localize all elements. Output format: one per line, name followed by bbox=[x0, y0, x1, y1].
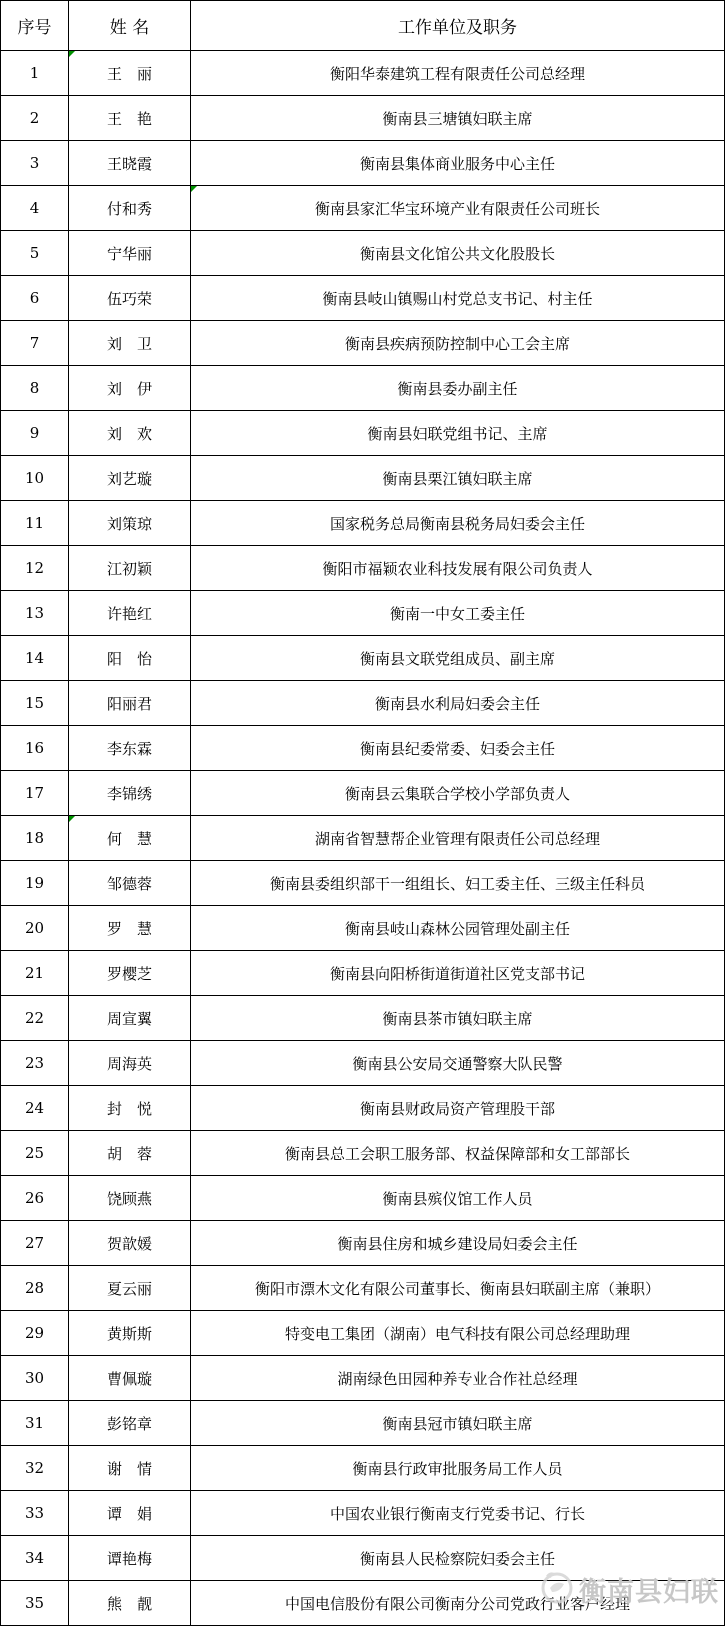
cell-name: 许艳红 bbox=[69, 591, 191, 636]
cell-name: 罗 慧 bbox=[69, 906, 191, 951]
table-row: 10刘艺璇衡南县栗江镇妇联主席 bbox=[1, 456, 725, 501]
cell-name: 周宣翼 bbox=[69, 996, 191, 1041]
cell-unit: 特变电工集团（湖南）电气科技有限公司总经理助理 bbox=[191, 1311, 725, 1356]
table-row: 30曹佩璇湖南绿色田园种养专业合作社总经理 bbox=[1, 1356, 725, 1401]
table-row: 31彭铭章衡南县冠市镇妇联主席 bbox=[1, 1401, 725, 1446]
table-row: 14阳 怡衡南县文联党组成员、副主席 bbox=[1, 636, 725, 681]
cell-unit: 国家税务总局衡南县税务局妇委会主任 bbox=[191, 501, 725, 546]
cell-index: 11 bbox=[1, 501, 69, 546]
cell-index: 29 bbox=[1, 1311, 69, 1356]
cell-index: 8 bbox=[1, 366, 69, 411]
cell-unit: 衡南县公安局交通警察大队民警 bbox=[191, 1041, 725, 1086]
table-row: 23周海英衡南县公安局交通警察大队民警 bbox=[1, 1041, 725, 1086]
table-row: 1王 丽衡阳华泰建筑工程有限责任公司总经理 bbox=[1, 51, 725, 96]
table-row: 27贺歆媛衡南县住房和城乡建设局妇委会主任 bbox=[1, 1221, 725, 1266]
cell-name: 封 悦 bbox=[69, 1086, 191, 1131]
cell-name: 饶顾燕 bbox=[69, 1176, 191, 1221]
cell-unit: 湖南省智慧帮企业管理有限责任公司总经理 bbox=[191, 816, 725, 861]
cell-unit: 衡南县家汇华宝环境产业有限责任公司班长 bbox=[191, 186, 725, 231]
cell-name: 阳丽君 bbox=[69, 681, 191, 726]
cell-index: 4 bbox=[1, 186, 69, 231]
cell-index: 3 bbox=[1, 141, 69, 186]
cell-name: 邹德蓉 bbox=[69, 861, 191, 906]
cell-unit: 衡南县水利局妇委会主任 bbox=[191, 681, 725, 726]
cell-index: 5 bbox=[1, 231, 69, 276]
cell-name: 付和秀 bbox=[69, 186, 191, 231]
table-row: 34谭艳梅衡南县人民检察院妇委会主任 bbox=[1, 1536, 725, 1581]
table-row: 8刘 伊衡南县委办副主任 bbox=[1, 366, 725, 411]
roster-table: 序号 姓 名 工作单位及职务 1王 丽衡阳华泰建筑工程有限责任公司总经理2王 艳… bbox=[0, 0, 725, 1626]
cell-index: 13 bbox=[1, 591, 69, 636]
table-row: 21罗樱芝衡南县向阳桥街道街道社区党支部书记 bbox=[1, 951, 725, 996]
cell-index: 1 bbox=[1, 51, 69, 96]
cell-name: 阳 怡 bbox=[69, 636, 191, 681]
cell-unit: 衡南县向阳桥街道街道社区党支部书记 bbox=[191, 951, 725, 996]
cell-unit: 衡南县文联党组成员、副主席 bbox=[191, 636, 725, 681]
cell-index: 28 bbox=[1, 1266, 69, 1311]
cell-unit: 衡南县疾病预防控制中心工会主席 bbox=[191, 321, 725, 366]
cell-flag-triangle-icon bbox=[191, 186, 197, 192]
cell-name: 王晓霞 bbox=[69, 141, 191, 186]
table-row: 17李锦绣衡南县云集联合学校小学部负责人 bbox=[1, 771, 725, 816]
cell-index: 19 bbox=[1, 861, 69, 906]
cell-name: 黄斯斯 bbox=[69, 1311, 191, 1356]
cell-index: 9 bbox=[1, 411, 69, 456]
table-header: 序号 姓 名 工作单位及职务 bbox=[1, 1, 725, 51]
cell-unit: 衡南县纪委常委、妇委会主任 bbox=[191, 726, 725, 771]
cell-name: 熊 靓 bbox=[69, 1581, 191, 1626]
cell-name: 何 慧 bbox=[69, 816, 191, 861]
cell-index: 22 bbox=[1, 996, 69, 1041]
table-row: 13许艳红衡南一中女工委主任 bbox=[1, 591, 725, 636]
cell-index: 16 bbox=[1, 726, 69, 771]
cell-name: 刘艺璇 bbox=[69, 456, 191, 501]
table-body: 1王 丽衡阳华泰建筑工程有限责任公司总经理2王 艳衡南县三塘镇妇联主席3王晓霞衡… bbox=[1, 51, 725, 1626]
cell-unit: 衡南县集体商业服务中心主任 bbox=[191, 141, 725, 186]
cell-unit: 衡南县总工会职工服务部、权益保障部和女工部部长 bbox=[191, 1131, 725, 1176]
table-row: 19邹德蓉衡南县委组织部干一组组长、妇工委主任、三级主任科员 bbox=[1, 861, 725, 906]
header-index: 序号 bbox=[1, 1, 69, 51]
header-row: 序号 姓 名 工作单位及职务 bbox=[1, 1, 725, 51]
cell-index: 25 bbox=[1, 1131, 69, 1176]
cell-name: 刘 卫 bbox=[69, 321, 191, 366]
cell-index: 14 bbox=[1, 636, 69, 681]
cell-name: 李东霖 bbox=[69, 726, 191, 771]
cell-name: 罗樱芝 bbox=[69, 951, 191, 996]
cell-index: 6 bbox=[1, 276, 69, 321]
cell-unit: 衡南县委组织部干一组组长、妇工委主任、三级主任科员 bbox=[191, 861, 725, 906]
cell-name: 王 丽 bbox=[69, 51, 191, 96]
cell-name: 彭铭章 bbox=[69, 1401, 191, 1446]
cell-name: 曹佩璇 bbox=[69, 1356, 191, 1401]
cell-index: 17 bbox=[1, 771, 69, 816]
header-unit: 工作单位及职务 bbox=[191, 1, 725, 51]
table-row: 32谢 情衡南县行政审批服务局工作人员 bbox=[1, 1446, 725, 1491]
cell-index: 24 bbox=[1, 1086, 69, 1131]
cell-name: 伍巧荣 bbox=[69, 276, 191, 321]
cell-name: 江初颖 bbox=[69, 546, 191, 591]
table-row: 20罗 慧衡南县岐山森林公园管理处副主任 bbox=[1, 906, 725, 951]
cell-name: 胡 蓉 bbox=[69, 1131, 191, 1176]
cell-index: 33 bbox=[1, 1491, 69, 1536]
cell-unit: 衡南县财政局资产管理股干部 bbox=[191, 1086, 725, 1131]
table-row: 26饶顾燕衡南县殡仪馆工作人员 bbox=[1, 1176, 725, 1221]
table-row: 24封 悦衡南县财政局资产管理股干部 bbox=[1, 1086, 725, 1131]
table-row: 16李东霖衡南县纪委常委、妇委会主任 bbox=[1, 726, 725, 771]
table-row: 6伍巧荣衡南县岐山镇赐山村党总支书记、村主任 bbox=[1, 276, 725, 321]
cell-unit: 衡南县岐山森林公园管理处副主任 bbox=[191, 906, 725, 951]
table-row: 29黄斯斯特变电工集团（湖南）电气科技有限公司总经理助理 bbox=[1, 1311, 725, 1356]
cell-unit: 衡南县岐山镇赐山村党总支书记、村主任 bbox=[191, 276, 725, 321]
cell-name: 贺歆媛 bbox=[69, 1221, 191, 1266]
table-row: 35熊 靓中国电信股份有限公司衡南分公司党政行业客户经理 bbox=[1, 1581, 725, 1626]
cell-unit: 衡南县殡仪馆工作人员 bbox=[191, 1176, 725, 1221]
cell-index: 21 bbox=[1, 951, 69, 996]
cell-index: 34 bbox=[1, 1536, 69, 1581]
table-row: 9刘 欢衡南县妇联党组书记、主席 bbox=[1, 411, 725, 456]
cell-name: 宁华丽 bbox=[69, 231, 191, 276]
cell-index: 30 bbox=[1, 1356, 69, 1401]
cell-index: 31 bbox=[1, 1401, 69, 1446]
cell-name: 谭艳梅 bbox=[69, 1536, 191, 1581]
cell-name: 刘策琼 bbox=[69, 501, 191, 546]
cell-index: 32 bbox=[1, 1446, 69, 1491]
cell-flag-triangle-icon bbox=[69, 816, 75, 822]
cell-unit: 衡南县妇联党组书记、主席 bbox=[191, 411, 725, 456]
cell-unit: 衡南县茶市镇妇联主席 bbox=[191, 996, 725, 1041]
table-row: 2王 艳衡南县三塘镇妇联主席 bbox=[1, 96, 725, 141]
cell-name: 谭 娟 bbox=[69, 1491, 191, 1536]
table-row: 3王晓霞衡南县集体商业服务中心主任 bbox=[1, 141, 725, 186]
cell-unit: 衡南县人民检察院妇委会主任 bbox=[191, 1536, 725, 1581]
table-row: 4付和秀衡南县家汇华宝环境产业有限责任公司班长 bbox=[1, 186, 725, 231]
cell-index: 12 bbox=[1, 546, 69, 591]
table-row: 12江初颖衡阳市福颖农业科技发展有限公司负责人 bbox=[1, 546, 725, 591]
table-row: 22周宣翼衡南县茶市镇妇联主席 bbox=[1, 996, 725, 1041]
cell-unit: 衡阳市漂木文化有限公司董事长、衡南县妇联副主席（兼职） bbox=[191, 1266, 725, 1311]
table-row: 7刘 卫衡南县疾病预防控制中心工会主席 bbox=[1, 321, 725, 366]
table-row: 28夏云丽衡阳市漂木文化有限公司董事长、衡南县妇联副主席（兼职） bbox=[1, 1266, 725, 1311]
cell-flag-triangle-icon bbox=[69, 51, 75, 57]
cell-unit: 衡南县三塘镇妇联主席 bbox=[191, 96, 725, 141]
cell-name: 李锦绣 bbox=[69, 771, 191, 816]
cell-index: 15 bbox=[1, 681, 69, 726]
cell-index: 10 bbox=[1, 456, 69, 501]
table-row: 25胡 蓉衡南县总工会职工服务部、权益保障部和女工部部长 bbox=[1, 1131, 725, 1176]
cell-index: 18 bbox=[1, 816, 69, 861]
cell-index: 2 bbox=[1, 96, 69, 141]
cell-unit: 中国电信股份有限公司衡南分公司党政行业客户经理 bbox=[191, 1581, 725, 1626]
cell-name: 周海英 bbox=[69, 1041, 191, 1086]
cell-index: 20 bbox=[1, 906, 69, 951]
cell-index: 26 bbox=[1, 1176, 69, 1221]
cell-unit: 衡南县委办副主任 bbox=[191, 366, 725, 411]
cell-name: 刘 伊 bbox=[69, 366, 191, 411]
cell-unit: 衡南县冠市镇妇联主席 bbox=[191, 1401, 725, 1446]
cell-name: 谢 情 bbox=[69, 1446, 191, 1491]
table-row: 5宁华丽衡南县文化馆公共文化股股长 bbox=[1, 231, 725, 276]
cell-name: 王 艳 bbox=[69, 96, 191, 141]
table-row: 15阳丽君衡南县水利局妇委会主任 bbox=[1, 681, 725, 726]
cell-index: 23 bbox=[1, 1041, 69, 1086]
header-name: 姓 名 bbox=[69, 1, 191, 51]
cell-unit: 衡南县栗江镇妇联主席 bbox=[191, 456, 725, 501]
cell-unit: 衡南县云集联合学校小学部负责人 bbox=[191, 771, 725, 816]
table-row: 18何 慧湖南省智慧帮企业管理有限责任公司总经理 bbox=[1, 816, 725, 861]
table-row: 33谭 娟中国农业银行衡南支行党委书记、行长 bbox=[1, 1491, 725, 1536]
cell-name: 夏云丽 bbox=[69, 1266, 191, 1311]
cell-unit: 衡阳华泰建筑工程有限责任公司总经理 bbox=[191, 51, 725, 96]
cell-index: 7 bbox=[1, 321, 69, 366]
cell-unit: 中国农业银行衡南支行党委书记、行长 bbox=[191, 1491, 725, 1536]
cell-index: 27 bbox=[1, 1221, 69, 1266]
cell-unit: 衡南一中女工委主任 bbox=[191, 591, 725, 636]
cell-unit: 衡南县住房和城乡建设局妇委会主任 bbox=[191, 1221, 725, 1266]
cell-index: 35 bbox=[1, 1581, 69, 1626]
cell-unit: 衡南县文化馆公共文化股股长 bbox=[191, 231, 725, 276]
cell-unit: 衡南县行政审批服务局工作人员 bbox=[191, 1446, 725, 1491]
cell-unit: 衡阳市福颖农业科技发展有限公司负责人 bbox=[191, 546, 725, 591]
cell-name: 刘 欢 bbox=[69, 411, 191, 456]
table-row: 11刘策琼国家税务总局衡南县税务局妇委会主任 bbox=[1, 501, 725, 546]
cell-unit: 湖南绿色田园种养专业合作社总经理 bbox=[191, 1356, 725, 1401]
